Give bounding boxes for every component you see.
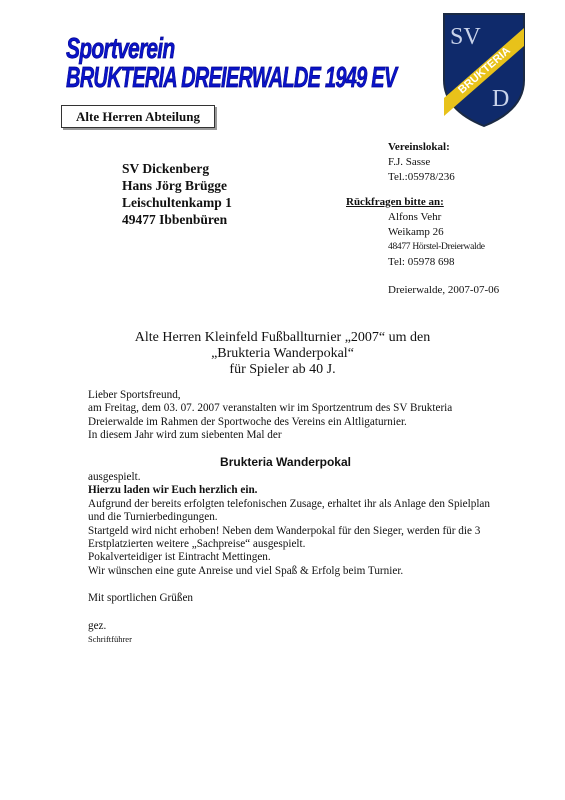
- closing: Mit sportlichen Grüßen: [88, 592, 508, 605]
- date-line: Dreierwalde, 2007-07-06: [346, 283, 499, 298]
- contact-label: Rückfragen bitte an:: [346, 195, 499, 210]
- vereinslokal-label: Vereinslokal:: [346, 140, 499, 155]
- body-line: und die Turnierbedingungen.: [88, 511, 508, 524]
- signer-role: Schriftführer: [88, 633, 508, 646]
- contact-phone: Tel: 05978 698: [346, 255, 499, 270]
- heading-line: „Brukteria Wanderpokal“: [0, 346, 565, 362]
- club-crest-logo: SV D BRUKTERIA: [440, 10, 528, 130]
- body-line: Pokalverteidiger ist Eintracht Mettingen…: [88, 551, 508, 564]
- contact-name: Alfons Vehr: [346, 210, 499, 225]
- body-line: In diesem Jahr wird zum siebenten Mal de…: [88, 429, 508, 442]
- contact-street: Weikamp 26: [346, 225, 499, 240]
- contact-city: 48477 Hörstel-Dreierwalde: [346, 240, 499, 255]
- invitation-line: Hierzu laden wir Euch herzlich ein.: [88, 484, 508, 497]
- svg-text:D: D: [492, 86, 509, 112]
- recipient-line: 49477 Ibbenbüren: [122, 211, 232, 228]
- body-line: Wir wünschen eine gute Anreise und viel …: [88, 565, 508, 578]
- recipient-address: SV Dickenberg Hans Jörg Brügge Leischult…: [122, 160, 232, 228]
- recipient-line: SV Dickenberg: [122, 160, 232, 177]
- department-box: Alte Herren Abteilung: [61, 105, 215, 128]
- body-line: Aufgrund der bereits erfolgten telefonis…: [88, 498, 508, 511]
- recipient-line: Hans Jörg Brügge: [122, 177, 232, 194]
- heading-line: für Spieler ab 40 J.: [0, 362, 565, 378]
- trophy-name: Brukteria Wanderpokal: [88, 456, 483, 469]
- greeting: Lieber Sportsfreund,: [88, 389, 508, 402]
- contact-block: Vereinslokal: F.J. Sasse Tel.:05978/236 …: [346, 140, 499, 298]
- club-title-name: BRUKTERIA DREIERWALDE 1949 EV: [66, 62, 396, 95]
- svg-text:SV: SV: [450, 24, 481, 50]
- recipient-line: Leischultenkamp 1: [122, 194, 232, 211]
- letter-body: Lieber Sportsfreund, am Freitag, dem 03.…: [88, 389, 508, 647]
- body-line: Erstplatzierten weitere „Sachpreise“ aus…: [88, 538, 508, 551]
- heading-line: Alte Herren Kleinfeld Fußballturnier „20…: [0, 330, 565, 346]
- vereinslokal-phone: Tel.:05978/236: [346, 170, 499, 185]
- letter-heading: Alte Herren Kleinfeld Fußballturnier „20…: [0, 330, 565, 378]
- body-line: Dreierwalde im Rahmen der Sportwoche des…: [88, 416, 508, 429]
- gez: gez.: [88, 620, 508, 633]
- body-line: ausgespielt.: [88, 471, 508, 484]
- body-line: am Freitag, dem 03. 07. 2007 veranstalte…: [88, 402, 508, 415]
- club-title-sportverein: Sportverein: [66, 33, 174, 66]
- vereinslokal-name: F.J. Sasse: [346, 155, 499, 170]
- body-line: Startgeld wird nicht erhoben! Neben dem …: [88, 525, 508, 538]
